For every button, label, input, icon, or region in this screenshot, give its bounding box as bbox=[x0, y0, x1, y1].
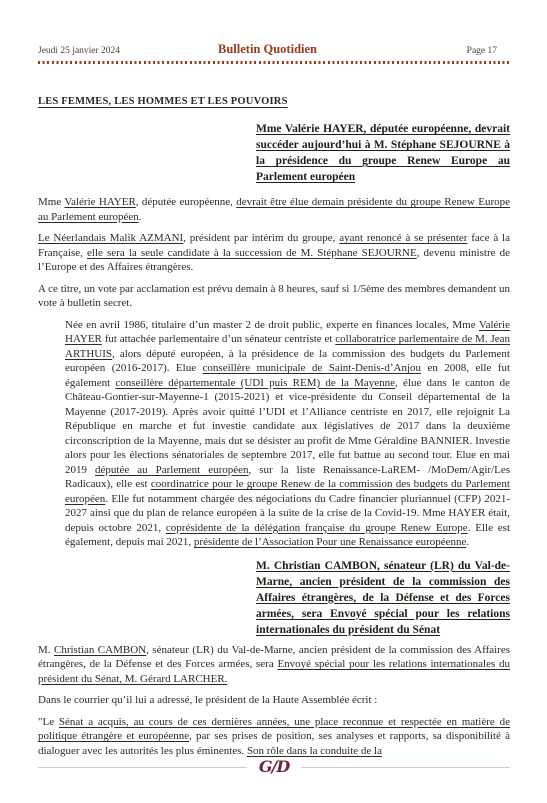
underlined-text-run: Son rôle dans la conduite de la bbox=[247, 745, 382, 757]
text-run: M. bbox=[38, 644, 54, 656]
text-run: , président par intérim du groupe, bbox=[183, 232, 339, 244]
underlined-text-run: conseillère municipale de Saint-Denis-d’… bbox=[203, 362, 421, 374]
issue-date: Jeudi 25 janvier 2024 bbox=[38, 46, 218, 56]
underlined-text-run: conseillère départementale (UDI puis REM… bbox=[115, 377, 395, 389]
underlined-text-run: Valérie HAYER bbox=[64, 196, 135, 208]
bulletin-page: Jeudi 25 janvier 2024 Bulletin Quotidien… bbox=[0, 0, 547, 803]
para-courrier: Dans le courrier qu’il lui a adressé, le… bbox=[38, 693, 510, 708]
bulletin-title: Bulletin Quotidien bbox=[218, 42, 317, 57]
para-hayer-lead: Mme Valérie HAYER, députée européenne, d… bbox=[38, 195, 510, 224]
para-vote: A ce titre, un vote par acclamation est … bbox=[38, 282, 510, 311]
headline-cambon: M. Christian CAMBON, sénateur (LR) du Va… bbox=[256, 558, 510, 638]
text-run: . bbox=[466, 536, 469, 548]
text-run: Née en avril 1986, titulaire d’un master… bbox=[65, 319, 479, 331]
text-run: A ce titre, un vote par acclamation est … bbox=[38, 283, 510, 310]
text-run: fut attachée parlementaire d’un sénateur… bbox=[102, 333, 335, 345]
text-run: Mme bbox=[38, 196, 64, 208]
underlined-text-run: coprésidente de la délégation française … bbox=[166, 522, 468, 534]
para-hayer-biography: Née en avril 1986, titulaire d’un master… bbox=[65, 318, 510, 550]
page-number: Page 17 bbox=[317, 46, 510, 56]
underlined-text-run: présidente de l’Association Pour une Ren… bbox=[194, 536, 466, 548]
article-hayer: Mme Valérie HAYER, députée européenne, d… bbox=[38, 121, 510, 550]
text-run: Dans le courrier qu’il lui a adressé, le… bbox=[38, 694, 377, 706]
underlined-text-run: Le Néerlandais Malik AZMANI bbox=[38, 232, 183, 244]
para-larcher-quote: "Le Sénat a acquis, au cours de ces dern… bbox=[38, 715, 510, 759]
underlined-text-run: ayant renoncé à se présenter bbox=[339, 232, 467, 244]
footer-rule-right bbox=[301, 767, 510, 768]
underlined-text-run: elle sera la seule candidate à la succes… bbox=[87, 247, 417, 259]
page-header: Jeudi 25 janvier 2024 Bulletin Quotidien… bbox=[38, 42, 510, 57]
publisher-monogram-logo: G/D bbox=[259, 757, 289, 776]
section-title: LES FEMMES, LES HOMMES ET LES POUVOIRS bbox=[38, 96, 510, 107]
text-run: , députée européenne, bbox=[136, 196, 237, 208]
text-run: . bbox=[139, 211, 142, 223]
headline-hayer: Mme Valérie HAYER, députée européenne, d… bbox=[256, 121, 510, 185]
para-azmani: Le Néerlandais Malik AZMANI, président p… bbox=[38, 231, 510, 275]
underlined-text-run: Christian CAMBON bbox=[54, 644, 146, 656]
dotted-separator bbox=[38, 61, 510, 64]
footer-rule-left bbox=[38, 767, 247, 768]
text-run: "Le bbox=[38, 716, 59, 728]
article-cambon: M. Christian CAMBON, sénateur (LR) du Va… bbox=[38, 558, 510, 759]
page-footer: G/D bbox=[38, 758, 510, 777]
para-cambon-lead: M. Christian CAMBON, sénateur (LR) du Va… bbox=[38, 643, 510, 687]
text-run: , élue dans le canton de Château-Gontier… bbox=[65, 377, 510, 476]
underlined-text-run: députée au Parlement européen bbox=[95, 464, 249, 476]
